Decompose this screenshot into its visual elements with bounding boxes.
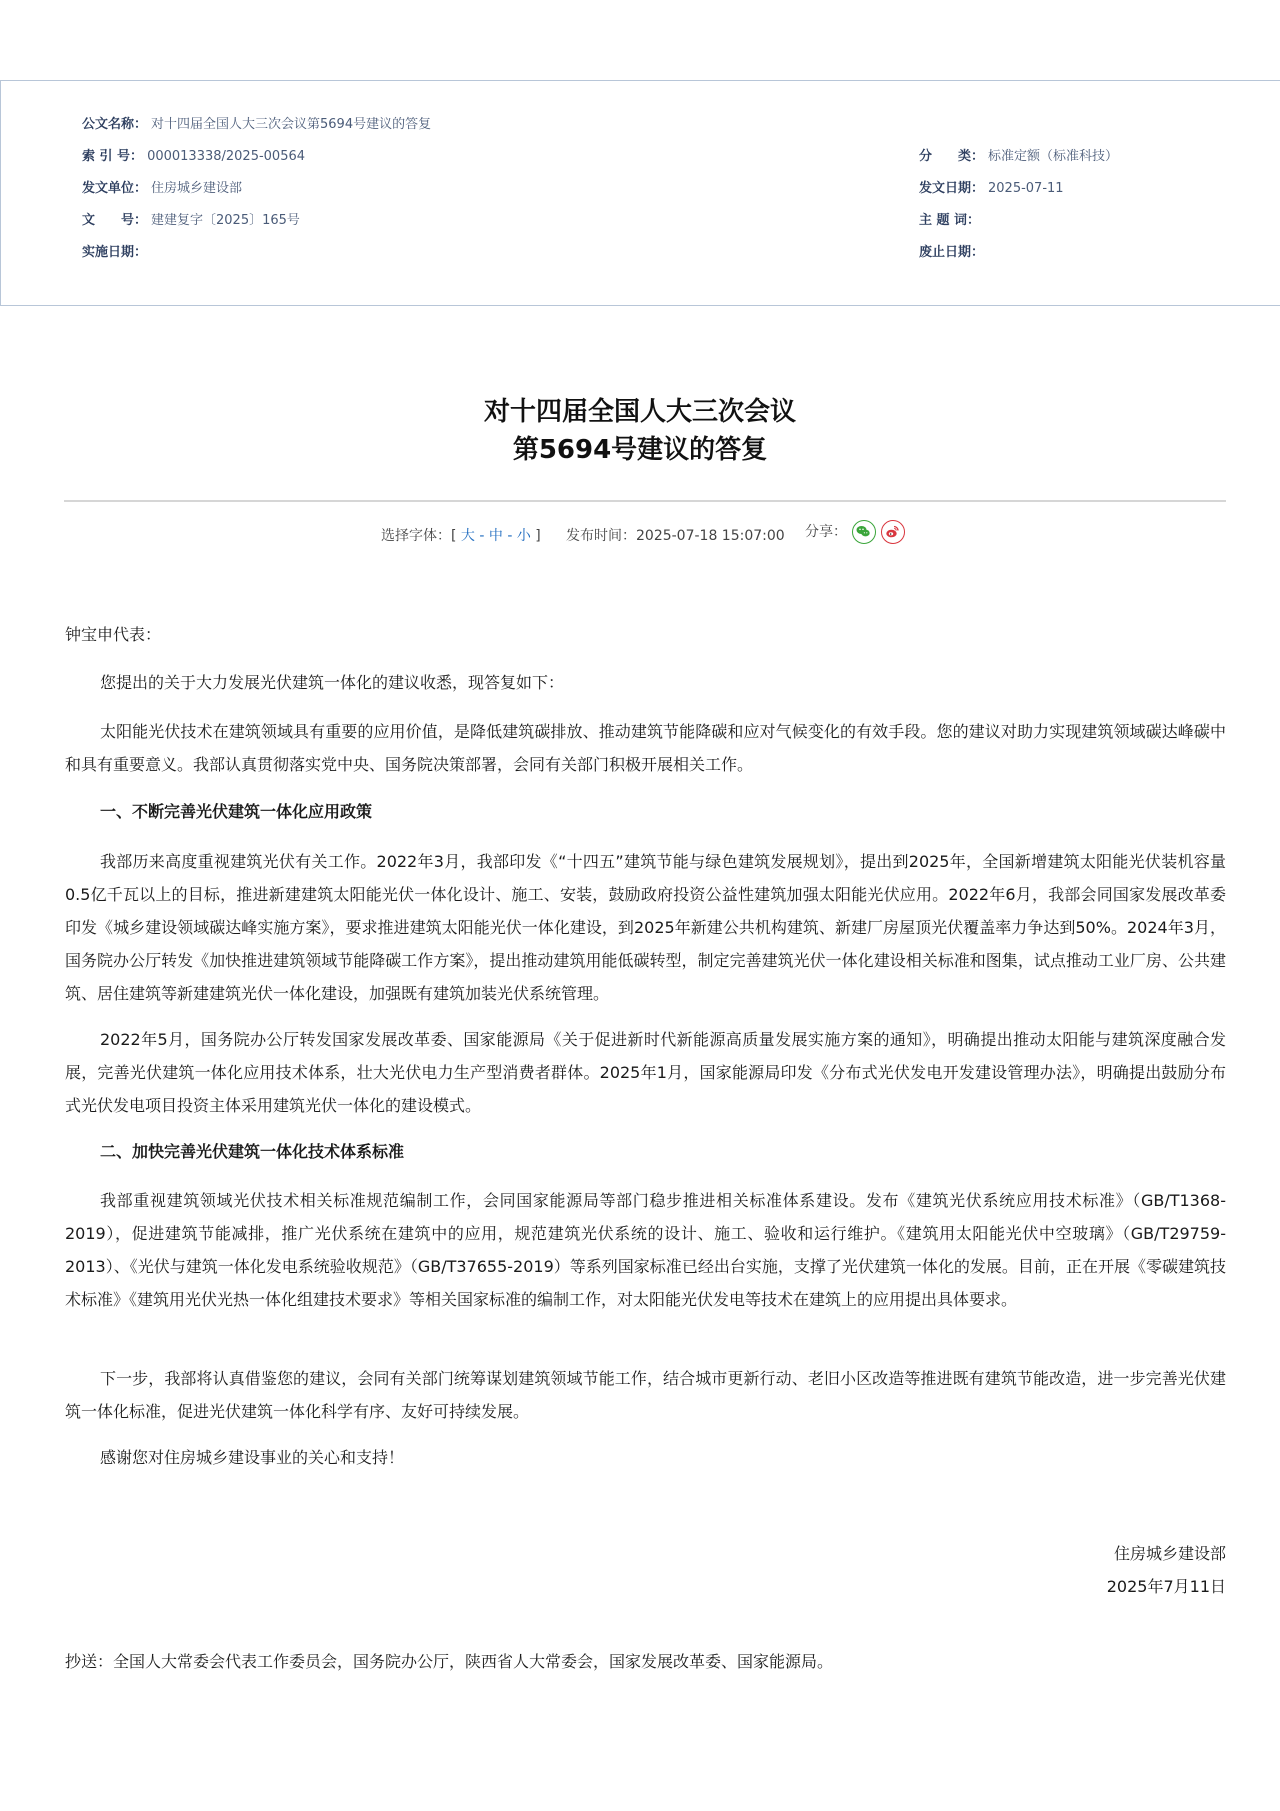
meta-label: 主 题 词： [919,213,980,229]
meta-label: 发文日期： [919,181,984,197]
title-line-2: 第5694号建议的答复 [0,431,1280,469]
signature-date: 2025年7月11日 [1107,1570,1226,1603]
body-paragraph: 感谢您对住房城乡建设事业的关心和支持！ [65,1441,1226,1474]
meta-value: 建建复字〔2025〕165号 [151,213,300,228]
publish-time-value: 2025-07-18 15:07:00 [636,528,785,544]
font-size-label: 选择字体： [381,528,451,544]
signature-org: 住房城乡建设部 [1114,1537,1226,1570]
meta-value: 对十四届全国人大三次会议第5694号建议的答复 [151,117,431,132]
meta-value: 2025-07-11 [988,181,1064,196]
share-bar: 分享： [805,520,905,544]
meta-value: 住房城乡建设部 [151,181,242,196]
meta-issuing-unit: 发文单位：住房城乡建设部 [82,181,242,197]
section-heading: 二、加快完善光伏建筑一体化技术体系标准 [65,1135,1226,1168]
meta-issue-date: 发文日期：2025-07-11 [919,181,1064,197]
meta-label: 文 号： [82,213,147,229]
body-paragraph: 下一步，我部将认真借鉴您的建议，会同有关部门统筹谋划建筑领域节能工作，结合城市更… [65,1362,1226,1428]
bracket-open: [ [451,528,461,544]
separator: - [503,528,517,544]
bracket-close: ] [531,528,541,544]
cc-recipients: 抄送：全国人大常委会代表工作委员会，国务院办公厅，陕西省人大常委会，国家发展改革… [65,1650,833,1674]
document-metadata-panel: 公文名称：对十四届全国人大三次会议第5694号建议的答复 索 引 号：00001… [0,80,1280,306]
meta-subject-words: 主 题 词： [919,213,984,229]
meta-value: 标准定额（标准科技） [988,149,1118,164]
meta-label: 废止日期： [919,245,984,261]
meta-expiry-date: 废止日期： [919,245,988,261]
body-paragraph: 2022年5月，国务院办公厅转发国家发展改革委、国家能源局《关于促进新时代新能源… [65,1023,1226,1122]
body-paragraph: 我部重视建筑领域光伏技术相关标准规范编制工作，会同国家能源局等部门稳步推进相关标… [65,1184,1226,1316]
meta-index-number: 索 引 号：000013338/2025-00564 [82,149,305,165]
meta-document-number: 文 号：建建复字〔2025〕165号 [82,213,300,229]
font-size-medium-link[interactable]: 中 [489,528,503,544]
meta-document-name: 公文名称：对十四届全国人大三次会议第5694号建议的答复 [82,117,431,133]
salutation: 钟宝申代表： [65,618,1226,651]
meta-label: 公文名称： [82,117,147,133]
page-title: 对十四届全国人大三次会议 第5694号建议的答复 [0,393,1280,469]
section-heading: 一、不断完善光伏建筑一体化应用政策 [65,795,1226,828]
font-size-small-link[interactable]: 小 [517,528,531,544]
title-divider [64,500,1226,502]
separator: - [475,528,489,544]
publish-time-label: 发布时间： [566,528,636,544]
publish-time: 发布时间：2025-07-18 15:07:00 [566,524,785,548]
wechat-icon[interactable] [852,520,876,544]
weibo-icon[interactable] [881,520,905,544]
meta-label: 索 引 号： [82,149,143,165]
share-label: 分享： [805,520,847,544]
font-size-large-link[interactable]: 大 [461,528,475,544]
meta-value: 000013338/2025-00564 [147,149,305,164]
body-paragraph: 我部历来高度重视建筑光伏有关工作。2022年3月，我部印发《“十四五”建筑节能与… [65,845,1226,1010]
meta-effective-date: 实施日期： [82,245,151,261]
meta-label: 发文单位： [82,181,147,197]
meta-label: 实施日期： [82,245,147,261]
font-size-selector: 选择字体：[ 大 - 中 - 小 ] [381,524,541,548]
meta-category: 分 类：标准定额（标准科技） [919,149,1118,165]
title-line-1: 对十四届全国人大三次会议 [0,393,1280,431]
body-paragraph: 您提出的关于大力发展光伏建筑一体化的建议收悉，现答复如下： [65,666,1226,699]
meta-label: 分 类： [919,149,984,165]
body-paragraph: 太阳能光伏技术在建筑领域具有重要的应用价值，是降低建筑碳排放、推动建筑节能降碳和… [65,715,1226,781]
